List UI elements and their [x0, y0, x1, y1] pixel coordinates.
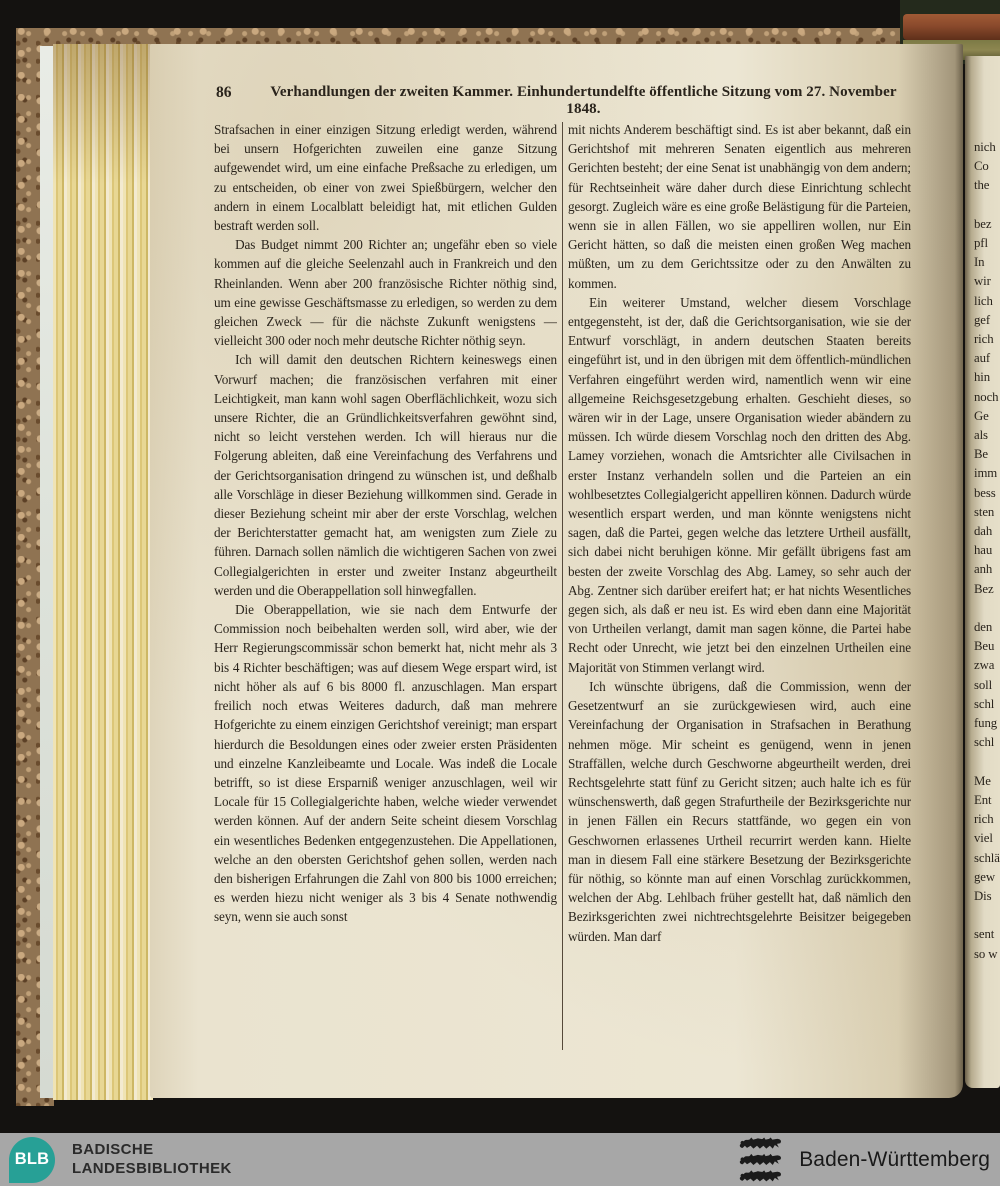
adjacent-spine-leather: [903, 14, 1000, 40]
state-branding[interactable]: Baden-Württemberg: [737, 1136, 1000, 1184]
paragraph: Die Oberappellation, wie sie nach dem En…: [214, 600, 557, 926]
column-rule: [562, 122, 563, 1050]
library-name: BADISCHE LANDESBIBLIOTHEK: [72, 1141, 232, 1178]
page-fore-edge-stack: [53, 44, 153, 1100]
blb-logo-label: BLB: [15, 1150, 50, 1169]
page-number: 86: [216, 84, 232, 102]
state-name: Baden-Württemberg: [799, 1148, 990, 1172]
next-page-sliver: nich Co the bez pfl In wir lich gef rich…: [965, 56, 1000, 1088]
library-name-line2: LANDESBIBLIOTHEK: [72, 1160, 232, 1179]
viewer-footer: BLB BADISCHE LANDESBIBLIOTHEK Baden-Würt…: [0, 1133, 1000, 1186]
next-page-text-fragments: nich Co the bez pfl In wir lich gef rich…: [974, 138, 1000, 964]
left-column: Strafsachen in einer einzigen Sitzung er…: [214, 120, 557, 1058]
text-columns: Strafsachen in einer einzigen Sitzung er…: [214, 120, 912, 1058]
baden-wuerttemberg-coat-of-arms-icon: [737, 1136, 787, 1184]
paragraph: Ich wünschte übrigens, daß die Commissio…: [568, 677, 911, 946]
paragraph: mit nichts Anderem beschäftigt sind. Es …: [568, 120, 911, 293]
paragraph: Ich will damit den deutschen Richtern ke…: [214, 350, 557, 600]
library-branding[interactable]: BLB BADISCHE LANDESBIBLIOTHEK: [0, 1137, 232, 1183]
flyleaf-edge: [40, 46, 53, 1098]
blb-logo[interactable]: BLB: [9, 1137, 55, 1183]
paragraph: Ein weiterer Umstand, welcher diesem Vor…: [568, 293, 911, 677]
scanned-page: 86 Verhandlungen der zweiten Kammer. Ein…: [150, 44, 963, 1098]
running-header: Verhandlungen der zweiten Kammer. Einhun…: [254, 84, 913, 118]
book-scan-photo: 86 Verhandlungen der zweiten Kammer. Ein…: [0, 0, 1000, 1133]
paragraph: Das Budget nimmt 200 Richter an; ungefäh…: [214, 235, 557, 350]
library-name-line1: BADISCHE: [72, 1141, 232, 1160]
paragraph: Strafsachen in einer einzigen Sitzung er…: [214, 120, 557, 235]
right-column: mit nichts Anderem beschäftigt sind. Es …: [568, 120, 911, 1058]
